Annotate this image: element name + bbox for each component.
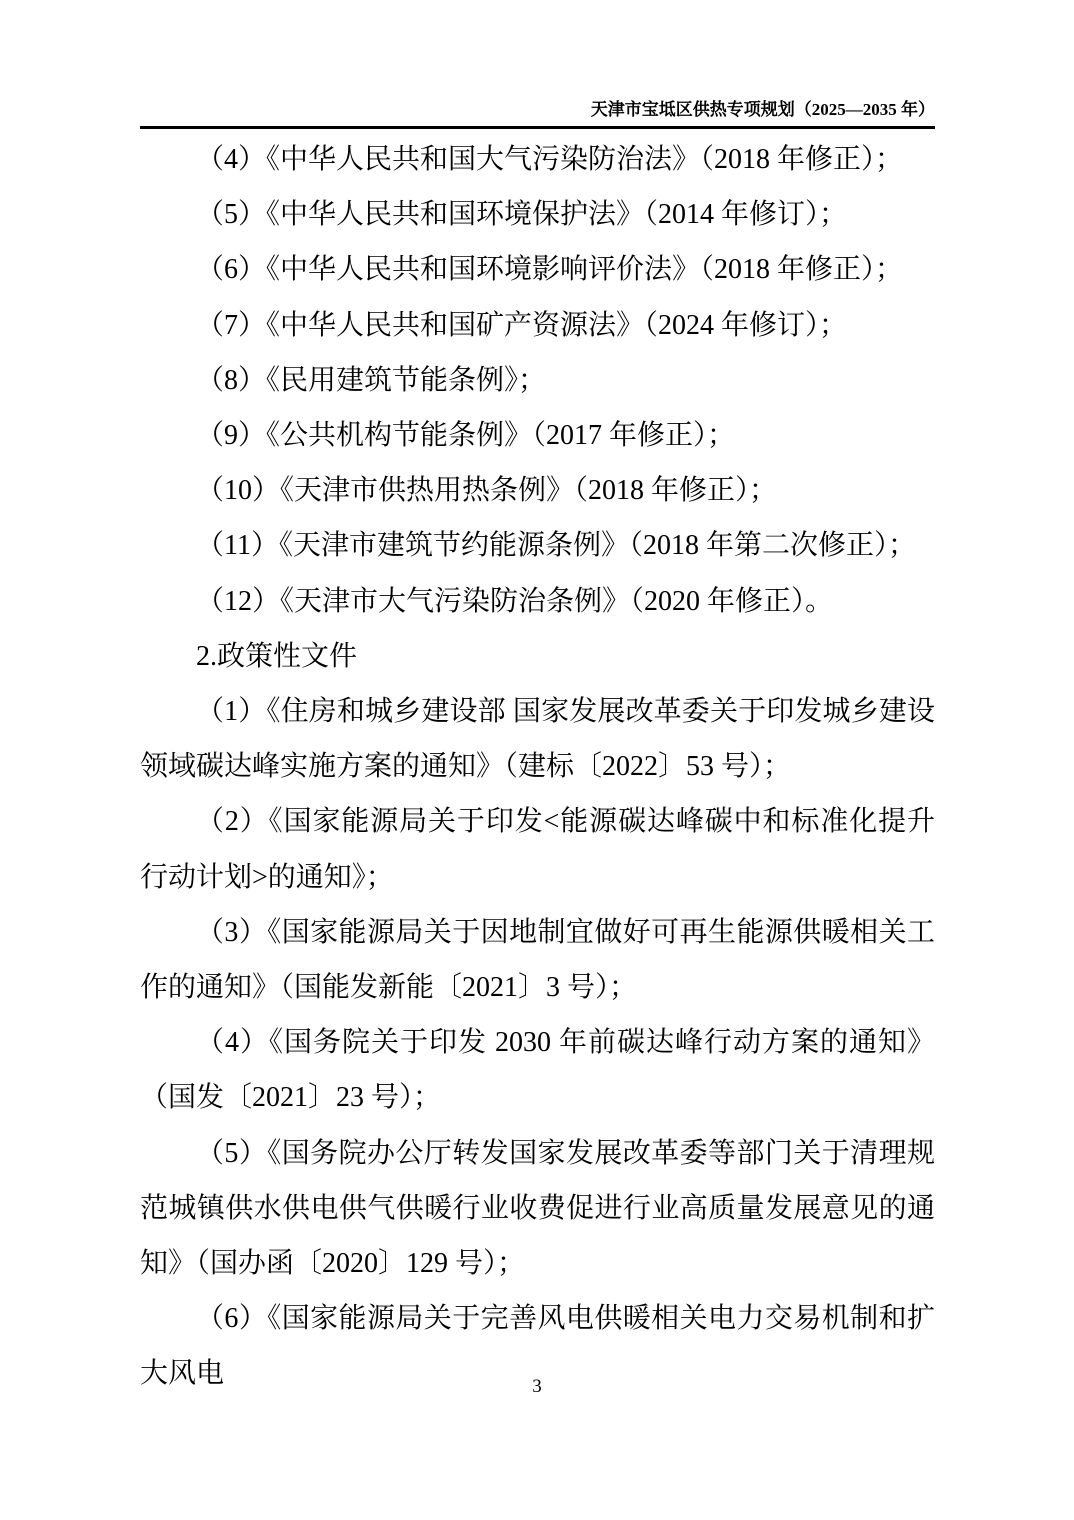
- page-number: 3: [532, 1376, 542, 1397]
- policy-item: （4）《国务院关于印发 2030 年前碳达峰行动方案的通知》（国发〔2021〕2…: [140, 1015, 935, 1125]
- legal-item: （6）《中华人民共和国环境影响评价法》（2018 年修正）；: [140, 242, 935, 297]
- legal-item: （12）《天津市大气污染防治条例》（2020 年修正）。: [140, 574, 935, 629]
- legal-item: （5）《中华人民共和国环境保护法》（2014 年修订）；: [140, 187, 935, 242]
- policy-item: （1）《住房和城乡建设部 国家发展改革委关于印发城乡建设领域碳达峰实施方案的通知…: [140, 684, 935, 794]
- page-header: 天津市宝坻区供热专项规划（2025—2035 年）: [140, 99, 935, 121]
- legal-item: （10）《天津市供热用热条例》（2018 年修正）；: [140, 463, 935, 518]
- header-rule: [140, 126, 935, 129]
- page-footer: 3: [0, 1374, 1074, 1399]
- legal-item: （8）《民用建筑节能条例》；: [140, 353, 935, 408]
- legal-item: （4）《中华人民共和国大气污染防治法》（2018 年修正）；: [140, 132, 935, 187]
- document-body: （4）《中华人民共和国大气污染防治法》（2018 年修正）； （5）《中华人民共…: [140, 132, 935, 1402]
- policy-item: （2）《国家能源局关于印发<能源碳达峰碳中和标准化提升行动计划>的通知》；: [140, 794, 935, 904]
- legal-item: （9）《公共机构节能条例》（2017 年修正）；: [140, 408, 935, 463]
- policy-item: （3）《国家能源局关于因地制宜做好可再生能源供暖相关工作的通知》（国能发新能〔2…: [140, 905, 935, 1015]
- legal-item: （7）《中华人民共和国矿产资源法》（2024 年修订）；: [140, 298, 935, 353]
- document-page: 天津市宝坻区供热专项规划（2025—2035 年） （4）《中华人民共和国大气污…: [0, 0, 1074, 1520]
- section-heading: 2.政策性文件: [140, 629, 935, 684]
- policy-item: （5）《国务院办公厅转发国家发展改革委等部门关于清理规范城镇供水供电供气供暖行业…: [140, 1126, 935, 1292]
- header-title: 天津市宝坻区供热专项规划（2025—2035 年）: [591, 100, 935, 119]
- legal-item: （11）《天津市建筑节约能源条例》（2018 年第二次修正）；: [140, 518, 935, 573]
